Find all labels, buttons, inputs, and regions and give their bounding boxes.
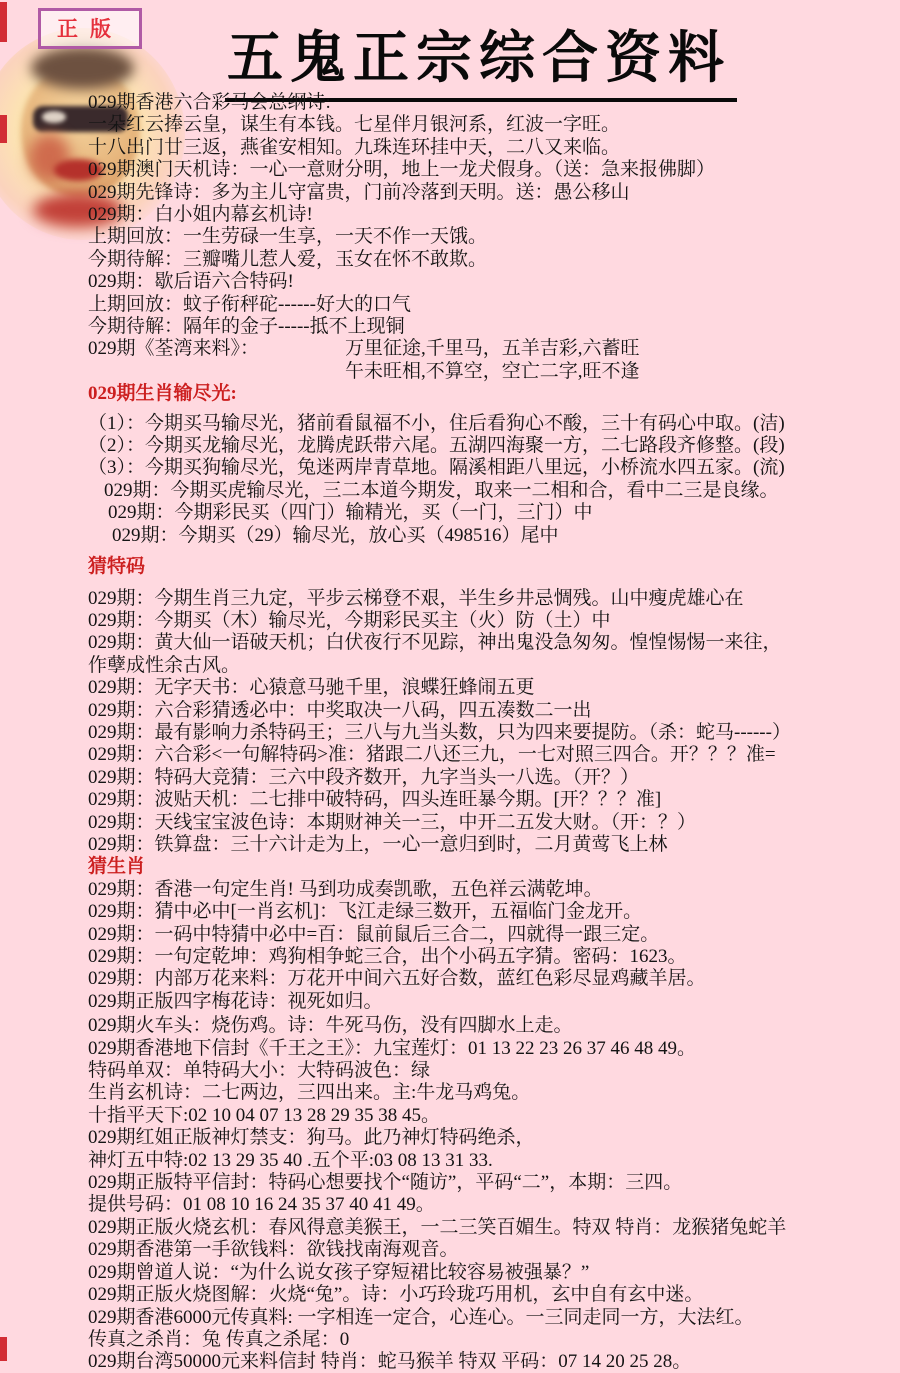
section-heading: 猜生肖 xyxy=(88,856,900,878)
text-line: 029期：黄大仙一语破天机；白伏夜行不见踪，神出鬼没急匆匆。惶惶惕惕一来往， xyxy=(88,632,900,654)
authenticity-badge: 正版 xyxy=(38,8,142,49)
text-line: 029期：白小姐内幕玄机诗! xyxy=(88,204,900,226)
text-line: （3）：今期买狗输尽光，兔迷两岸青草地。隔溪相距八里远，小桥流水四五家。(流) xyxy=(88,457,900,479)
text-line: 029期《荃湾来料》：万里征途,千里马，五羊吉彩,六蓄旺午未旺相,不算空，空亡二… xyxy=(88,338,900,383)
text-line: 029期：波贴天机：二七排中破特码，四头连旺暴今期。[开？？？准] xyxy=(88,789,900,811)
text-line: 029期正版四字梅花诗：视死如归。 xyxy=(88,991,900,1013)
text-line: 提供号码：01 08 10 16 24 35 37 40 41 49。 xyxy=(88,1194,900,1216)
text-line: 029期：一句定乾坤：鸡狗相争蛇三合，出个小码五字猜。密码：1623。 xyxy=(88,946,900,968)
text-line: 029期：猜中必中[一肖玄机]：飞江走绿三数开，五福临门金龙开。 xyxy=(88,901,900,923)
text-line: 作孽成性余古风。 xyxy=(88,655,900,677)
text-line: （2）：今期买龙输尽光，龙腾虎跃带六尾。五湖四海聚一方，二七路段齐修整。(段) xyxy=(88,435,900,457)
text-line: 029期香港第一手欲钱料：欲钱找南海观音。 xyxy=(88,1239,900,1261)
split-line-rows: 万里征途,千里马，五羊吉彩,六蓄旺午未旺相,不算空，空亡二字,旺不逢 xyxy=(345,338,640,383)
text-line: 029期台湾50000元来料信封 特肖：蛇马猴羊 特双 平码：07 14 20 … xyxy=(88,1351,900,1373)
text-line: 029期香港6000元传真料: 一字相连一定合，心连心。一三同走同一方，大法红。 xyxy=(88,1307,900,1329)
split-line-label: 029期《荃湾来料》： xyxy=(88,338,259,359)
text-line: 029期：六合彩<一句解特码>准：猪跟二八还三九，一七对照三四合。开？？？准= xyxy=(88,744,900,766)
text-line: 029期曾道人说：“为什么说女孩子穿短裙比较容易被强暴？” xyxy=(88,1262,900,1284)
text-line: 029期：今期生肖三九定，平步云梯登不艰，半生乡井忌惆残。山中瘦虎雄心在 xyxy=(88,588,900,610)
portrait-hair xyxy=(31,47,134,89)
text-line: （1）：今期买马输尽光，猪前看鼠福不小，住后看狗心不酸，三十有码心中取。(洁) xyxy=(88,413,900,435)
text-line: 029期火车头：烧伤鸡。诗：牛死马伤，没有四脚水上走。 xyxy=(88,1015,900,1037)
text-line: 神灯五中特:02 13 29 35 40 .五个平:03 08 13 31 33… xyxy=(88,1150,900,1172)
text-line: 029期：今期买（木）输尽光，今期彩民买主（火）防（土）中 xyxy=(88,610,900,632)
text-line: 特码单双：单特码大小：大特码波色：绿 xyxy=(88,1060,900,1082)
text-line: 029期澳门天机诗：一心一意财分明，地上一龙犬假身。（送：急来报佛脚） xyxy=(88,159,900,181)
text-line: 传真之杀肖：兔 传真之杀尾：0 xyxy=(88,1329,900,1351)
text-line: 029期：今期买虎输尽光，三二本道今期发，取来一二相和合，看中二三是良缘。 xyxy=(88,480,900,502)
text-line: 上期回放：蚊子衔秤砣------好大的口气 xyxy=(88,294,900,316)
text-line: 029期红姐正版神灯禁支：狗马。此乃神灯特码绝杀， xyxy=(88,1127,900,1149)
text-line: 十八出门廿三返，燕雀安相知。九珠连环挂中天，二八又来临。 xyxy=(88,137,900,159)
text-line: 一朵红云捧云皇，谋生有本钱。七星伴月银河系，红波一字旺。 xyxy=(88,114,900,136)
text-line: 029期：一码中特猜中必中=百：鼠前鼠后三合二，四就得一跟三定。 xyxy=(88,924,900,946)
text-line: 029期：歇后语六合特码! xyxy=(88,271,900,293)
content: 029期香港六合彩马会总纲诗:一朵红云捧云皇，谋生有本钱。七星伴月银河系，红波一… xyxy=(0,92,900,1373)
text-line: 十指平天下:02 10 04 07 13 28 29 35 38 45。 xyxy=(88,1105,900,1127)
text-line: 029期：今期买（29）输尽光，放心买（498516）尾中 xyxy=(88,525,900,547)
text-line: 029期：无字天书：心猿意马驰千里，浪蝶狂蜂闹五更 xyxy=(88,677,900,699)
text-line: 029期先锋诗：多为主儿守富贵，门前冷落到天明。送：愚公移山 xyxy=(88,182,900,204)
page: 正版 五鬼正宗综合资料 029期香港六合彩马会总纲诗:一朵红云捧云皇，谋生有本钱… xyxy=(0,0,900,1373)
text-line: 029期：天线宝宝波色诗：本期财神关一三，中开二五发大财。（开：？） xyxy=(88,812,900,834)
text-line: 上期回放：一生劳碌一生享，一天不作一天饿。 xyxy=(88,226,900,248)
text-line: 029期：最有影响力杀特码王；三八与九当头数，只为四来要提防。（杀：蛇马----… xyxy=(88,722,900,744)
text-line: 029期：铁算盘：三十六计走为上，一心一意归到时，二月黄莺飞上林 xyxy=(88,834,900,856)
text-line: 029期：特码大竞猜：三六中段齐数开，九字当头一八选。（开？） xyxy=(88,767,900,789)
text-line: 今期待解：隔年的金子-----抵不上现铜 xyxy=(88,316,900,338)
text-line: 029期：内部万花来料：万花开中间六五好合数，蓝红色彩尽显鸡藏羊居。 xyxy=(88,968,900,990)
section-heading: 猜特码 xyxy=(88,556,900,578)
section-heading: 029期生肖输尽光: xyxy=(88,383,900,405)
text-line: 029期：六合彩猜透必中：中奖取决一八码，四五凑数二一出 xyxy=(88,700,900,722)
page-title: 五鬼正宗综合资料 xyxy=(225,14,737,102)
text-line: 今期待解：三瓣嘴儿惹人爱，玉女在怀不敢欺。 xyxy=(88,249,900,271)
left-edge-mark xyxy=(0,2,7,42)
text-line: 029期正版火烧玄机：春风得意美猴王，一二三笑百媚生。特双 特肖：龙猴猪兔蛇羊 xyxy=(88,1217,900,1239)
text-line: 029期：今期彩民买（四门）输精光，买（一门，三门）中 xyxy=(88,502,900,524)
text-line: 029期香港地下信封《千王之王》：九宝莲灯：01 13 22 23 26 37 … xyxy=(88,1038,900,1060)
text-line: 029期正版特平信封：特码心想要找个“随访”，平码“二”，本期：三四。 xyxy=(88,1172,900,1194)
text-line: 029期香港六合彩马会总纲诗: xyxy=(88,92,900,114)
text-line: 029期：香港一句定生肖! 马到功成奏凯歌，五色祥云满乾坤。 xyxy=(88,879,900,901)
text-line: 029期正版火烧图解：火烧“兔”。诗：小巧玲珑巧用机，玄中自有玄中迷。 xyxy=(88,1284,900,1306)
text-line: 生肖玄机诗：二七两边，三四出来。主:牛龙马鸡兔。 xyxy=(88,1082,900,1104)
